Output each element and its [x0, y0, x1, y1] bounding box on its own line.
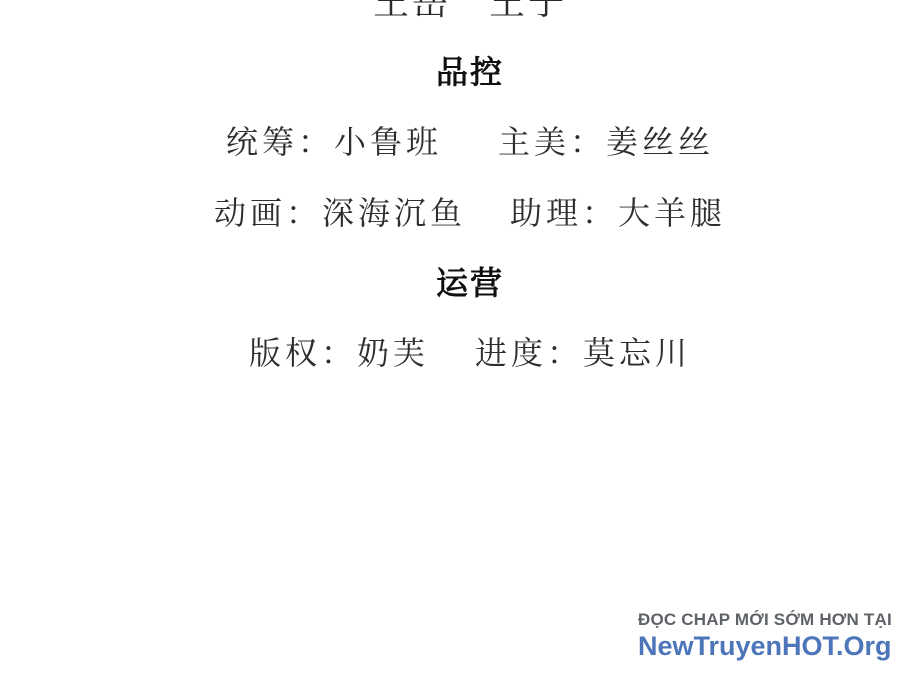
- comic-credits-page: 王岳 王子 品控 统筹：小鲁班 主美：姜丝丝 动画：深海沉鱼 助理：大羊腿 运营…: [0, 0, 900, 675]
- credit-name: 王岳: [373, 0, 451, 20]
- credit-name: 王子: [489, 0, 567, 20]
- section-heading-quality-control: 品控: [40, 56, 900, 88]
- credit-pair: 助理：大羊腿: [510, 197, 726, 229]
- staff-row: 统筹：小鲁班 主美：姜丝丝: [40, 126, 900, 158]
- credit-pair: 主美：姜丝丝: [498, 126, 714, 158]
- section-heading-operations: 运营: [40, 267, 900, 299]
- credit-pair: 版权：奶芙: [249, 337, 429, 369]
- credit-pair: 进度：莫忘川: [475, 337, 691, 369]
- watermark: ĐỌC CHAP MỚI SỚM HƠN TẠI NewTruyenHOT.Or…: [638, 611, 888, 660]
- partial-names-line: 王岳 王子: [40, 0, 900, 20]
- credit-pair: 动画：深海沉鱼: [214, 197, 466, 229]
- staff-row: 版权：奶芙 进度：莫忘川: [40, 337, 900, 369]
- staff-row: 动画：深海沉鱼 助理：大羊腿: [40, 197, 900, 229]
- watermark-site-name: NewTruyenHOT.Org: [638, 633, 888, 660]
- credit-pair: 统筹：小鲁班: [226, 126, 442, 158]
- watermark-tagline: ĐỌC CHAP MỚI SỚM HƠN TẠI: [638, 611, 888, 628]
